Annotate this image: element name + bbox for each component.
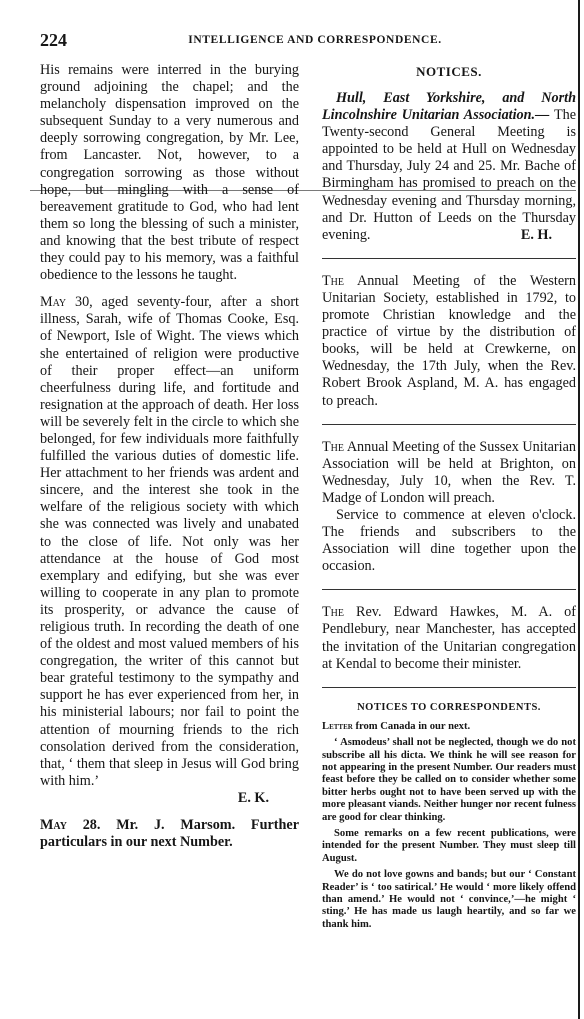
- notice-lead: The: [322, 273, 344, 289]
- notice-heading: Hull, East Yorkshire, and North Lincolns…: [322, 90, 576, 123]
- notice-text: The Twenty-second General Meeting is app…: [322, 107, 576, 243]
- notice-western-unitarian-society: The Annual Meeting of the Western Unitar…: [322, 273, 576, 410]
- page-header: 224 INTELLIGENCE AND CORRESPONDENCE.: [40, 30, 580, 52]
- notice-hull-association: Hull, East Yorkshire, and North Lincolns…: [322, 90, 576, 244]
- running-head: INTELLIGENCE AND CORRESPONDENCE.: [40, 34, 580, 46]
- notice-text: Rev. Edward Hawkes, M. A. of Pendlebury,…: [322, 604, 576, 671]
- correspondents-heading: NOTICES TO CORRESPONDENTS.: [322, 702, 576, 713]
- correspondents-notes: Letter from Canada in our next. ‘ Asmode…: [322, 721, 576, 932]
- correspondent-note: Some remarks on a few recent publication…: [322, 828, 576, 865]
- obituary-text: aged seventy-four, after a short illness…: [40, 294, 299, 789]
- note-text: from Canada in our next.: [353, 721, 470, 732]
- page-edge-border: [578, 0, 580, 1019]
- obituary-date: May 30,: [40, 294, 93, 310]
- section-divider: [322, 424, 576, 425]
- notices-heading: NOTICES.: [322, 64, 576, 80]
- obituary-signature: E. K.: [40, 790, 299, 807]
- obituary-date: May 28.: [40, 817, 100, 833]
- notice-lead: The: [322, 439, 344, 455]
- right-column: NOTICES. Hull, East Yorkshire, and North…: [322, 62, 576, 931]
- section-divider: [322, 258, 576, 259]
- note-lead: Letter: [322, 721, 353, 732]
- obituary-marsom: May 28. Mr. J. Marsom. Further particula…: [40, 817, 299, 851]
- notice-lead: The: [322, 604, 344, 620]
- notice-rev-hawkes: The Rev. Edward Hawkes, M. A. of Pendleb…: [322, 604, 576, 672]
- notice-sussex-service: Service to commence at eleven o'clock. T…: [322, 507, 576, 575]
- obituary-sarah-cooke: May 30, aged seventy-four, after a short…: [40, 294, 299, 790]
- notice-text: Annual Meeting of the Sussex Unitarian A…: [322, 439, 576, 506]
- obituary-continued-paragraph: His remains were interred in the burying…: [40, 62, 299, 284]
- notice-text: Annual Meeting of the Western Unitarian …: [322, 273, 576, 409]
- notice-signature: E. H.: [507, 227, 576, 244]
- correspondent-note: We do not love gowns and bands; but our …: [322, 869, 576, 931]
- section-divider: [322, 589, 576, 590]
- left-column: His remains were interred in the burying…: [40, 62, 299, 851]
- correspondent-note: ‘ Asmodeus’ shall not be neglected, thou…: [322, 737, 576, 824]
- correspondent-note: Letter from Canada in our next.: [322, 721, 576, 733]
- section-divider: [322, 687, 576, 688]
- notice-sussex-unitarian-association: The Annual Meeting of the Sussex Unitari…: [322, 439, 576, 507]
